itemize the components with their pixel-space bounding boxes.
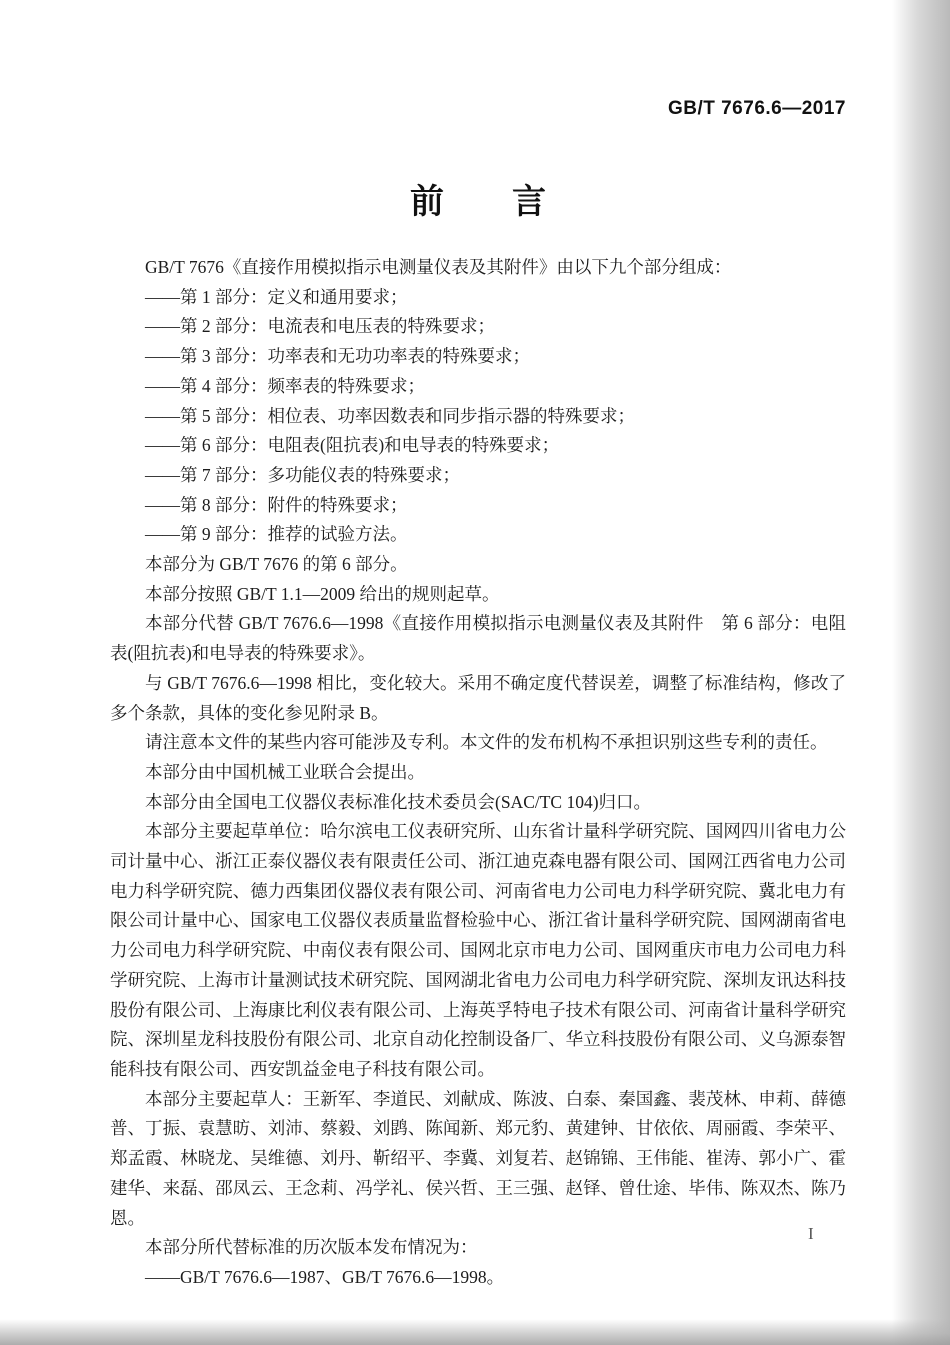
part-list-item: ——第 9 部分：推荐的试验方法。 [110, 520, 846, 550]
page-title: 前 言 [110, 174, 846, 223]
page-number: I [808, 1224, 814, 1244]
part-list-item: ——第 2 部分：电流表和电压表的特殊要求； [110, 312, 846, 342]
paragraph-committee: 本部分由全国电工仪器仪表标准化技术委员会(SAC/TC 104)归口。 [110, 788, 846, 818]
part-list-item: ——第 4 部分：频率表的特殊要求； [110, 372, 846, 402]
paragraph-replaces: 本部分代替 GB/T 7676.6—1998《直接作用模拟指示电测量仪表及其附件… [110, 609, 846, 668]
part-list-item: ——第 3 部分：功率表和无功功率表的特殊要求； [110, 342, 846, 372]
paragraph-part-statement: 本部分为 GB/T 7676 的第 6 部分。 [110, 550, 846, 580]
part-list-item: ——第 1 部分：定义和通用要求； [110, 283, 846, 313]
paragraph-intro: GB/T 7676《直接作用模拟指示电测量仪表及其附件》由以下九个部分组成： [110, 253, 846, 283]
paragraph-previous-editions: ——GB/T 7676.6—1987、GB/T 7676.6—1998。 [110, 1263, 846, 1293]
scan-shadow-bottom [0, 1319, 950, 1345]
part-list-item: ——第 6 部分：电阻表(阻抗表)和电导表的特殊要求； [110, 431, 846, 461]
paragraph-changes: 与 GB/T 7676.6—1998 相比，变化较大。采用不确定度代替误差，调整… [110, 669, 846, 728]
document-page: GB/T 7676.6—2017 前 言 GB/T 7676《直接作用模拟指示电… [0, 0, 950, 1345]
part-list-item: ——第 5 部分：相位表、功率因数表和同步指示器的特殊要求； [110, 402, 846, 432]
part-list-item: ——第 7 部分：多功能仪表的特殊要求； [110, 461, 846, 491]
scan-shadow-right [892, 0, 950, 1345]
paragraph-patent-notice: 请注意本文件的某些内容可能涉及专利。本文件的发布机构不承担识别这些专利的责任。 [110, 728, 846, 758]
part-list-item: ——第 8 部分：附件的特殊要求； [110, 491, 846, 521]
paragraph-drafting-rule: 本部分按照 GB/T 1.1—2009 给出的规则起草。 [110, 580, 846, 610]
standard-code: GB/T 7676.6—2017 [110, 98, 846, 120]
paragraph-drafting-organizations: 本部分主要起草单位：哈尔滨电工仪表研究所、山东省计量科学研究院、国网四川省电力公… [110, 817, 846, 1084]
paragraph-proposed-by: 本部分由中国机械工业联合会提出。 [110, 758, 846, 788]
paragraph-drafters: 本部分主要起草人：王新军、李道民、刘献成、陈波、白泰、秦国鑫、裴茂林、申莉、薛德… [110, 1085, 846, 1234]
paragraph-previous-editions-intro: 本部分所代替标准的历次版本发布情况为： [110, 1233, 846, 1263]
foreword-body: GB/T 7676《直接作用模拟指示电测量仪表及其附件》由以下九个部分组成： —… [110, 253, 846, 1293]
